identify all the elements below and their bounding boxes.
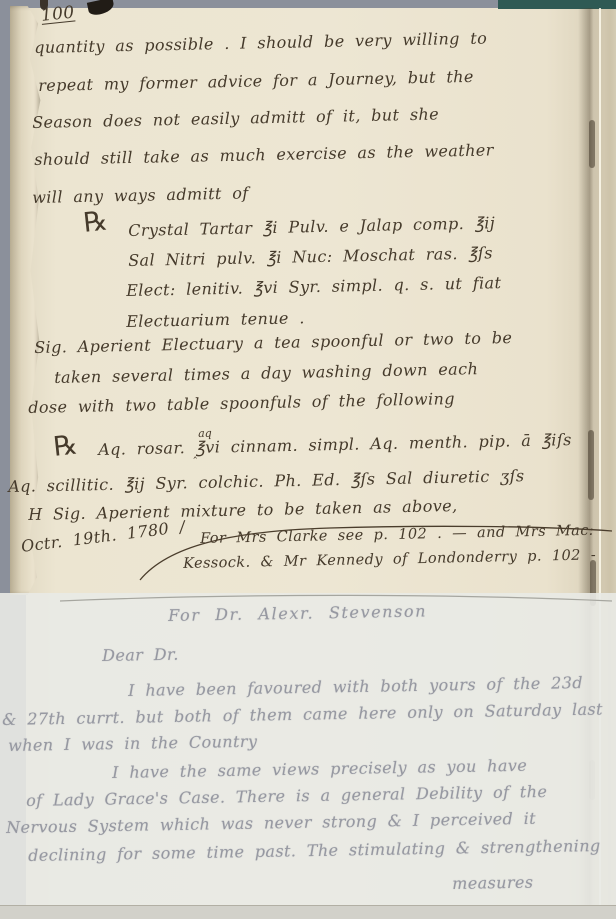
prescription-line: Electuarium tenue . bbox=[126, 308, 305, 331]
interlinear-insertion: aq bbox=[198, 427, 212, 440]
gutter-crease-mark bbox=[588, 430, 594, 500]
insertion-caret: ‸ bbox=[193, 446, 197, 459]
rx-symbol: ℞ bbox=[82, 205, 110, 238]
page-number: 100 bbox=[40, 2, 76, 25]
rx-symbol: ℞ bbox=[52, 429, 80, 462]
manuscript-scan: 100 quantity as possible . I should be v… bbox=[0, 0, 616, 919]
gutter-crease-mark bbox=[589, 120, 595, 168]
guard-sheet-bottom-edge bbox=[0, 905, 616, 919]
letter-salutation: Dear Dr. bbox=[102, 645, 179, 665]
letter-catchword: measures bbox=[452, 873, 534, 893]
